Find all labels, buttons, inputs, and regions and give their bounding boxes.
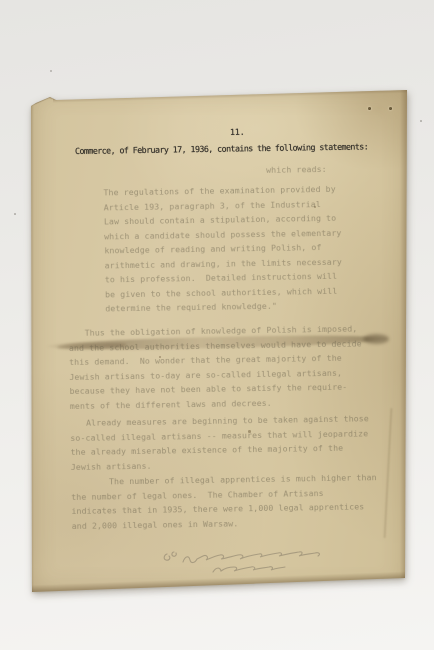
bleed-line: Law should contain a stipulation, accord… <box>104 213 336 227</box>
dust-speck <box>14 213 16 215</box>
bleed-line: which reads: <box>266 164 327 175</box>
bleed-line: so-called illegal artisans -- measures t… <box>70 428 368 443</box>
bleed-line: The regulations of the examination provi… <box>103 184 335 198</box>
bleed-line: Thus the obligation of knowledge of Poli… <box>85 323 358 337</box>
bleed-line: ments of the different laws and decrees. <box>70 397 272 410</box>
bleed-line: be given to the school authorities, whic… <box>105 285 337 299</box>
bleed-line: because they have not been able to satis… <box>70 382 348 396</box>
paper-edge-left <box>29 102 34 594</box>
bleed-line: and 2,000 illegal ones in Warsaw. <box>72 518 239 531</box>
bleed-line: Jewish artisans. <box>71 460 152 471</box>
bleed-line: arithmetic and drawing, in the limits ne… <box>105 256 342 270</box>
paper-edge-top <box>53 88 411 103</box>
pin-hole <box>368 107 371 110</box>
document-page: 11. Commerce, of February 17, 1936, cont… <box>29 88 409 594</box>
paper-edge-right <box>400 88 407 582</box>
bleed-line: Jewish artisans to-day are so-called ill… <box>69 367 342 381</box>
bleed-line: to his profession. Detailed instructions… <box>105 271 337 285</box>
bleed-line: Already measures are beginning to be tak… <box>86 413 369 427</box>
bleed-line: The number of illegal apprentices is muc… <box>109 472 377 486</box>
bleed-line: Article 193, paragraph 3, of the Industr… <box>104 199 321 212</box>
bleed-line: indicates that in 1935, there were 1,000… <box>71 501 364 516</box>
bleed-line: and the school authorities themselves wo… <box>69 338 362 353</box>
scan-background: 11. Commerce, of February 17, 1936, cont… <box>0 0 434 650</box>
bleed-line: knowledge of reading and writing Polish,… <box>104 242 321 255</box>
showthrough-text: which reads: The regulations of the exam… <box>66 157 382 572</box>
bleed-line: this demand. No wonder that the great ma… <box>69 353 342 367</box>
bleed-line: which a candidate should possess the ele… <box>104 227 341 241</box>
bleed-line: determine the required knowledge." <box>105 301 277 314</box>
paper-crease <box>384 408 393 538</box>
bleed-line: the already miserable existence of the m… <box>70 443 343 457</box>
handwritten-note <box>157 538 337 578</box>
heading-line: Commerce, of February 17, 1936, contains… <box>75 141 368 156</box>
pin-hole <box>389 107 392 110</box>
bleed-line: the number of legal ones. The Chamber of… <box>71 487 324 501</box>
corner-fold-crease <box>30 95 50 105</box>
dust-speck <box>50 70 52 72</box>
dust-speck <box>420 120 422 122</box>
paper-sheet: 11. Commerce, of February 17, 1936, cont… <box>29 88 409 594</box>
page-number: 11. <box>230 127 245 137</box>
